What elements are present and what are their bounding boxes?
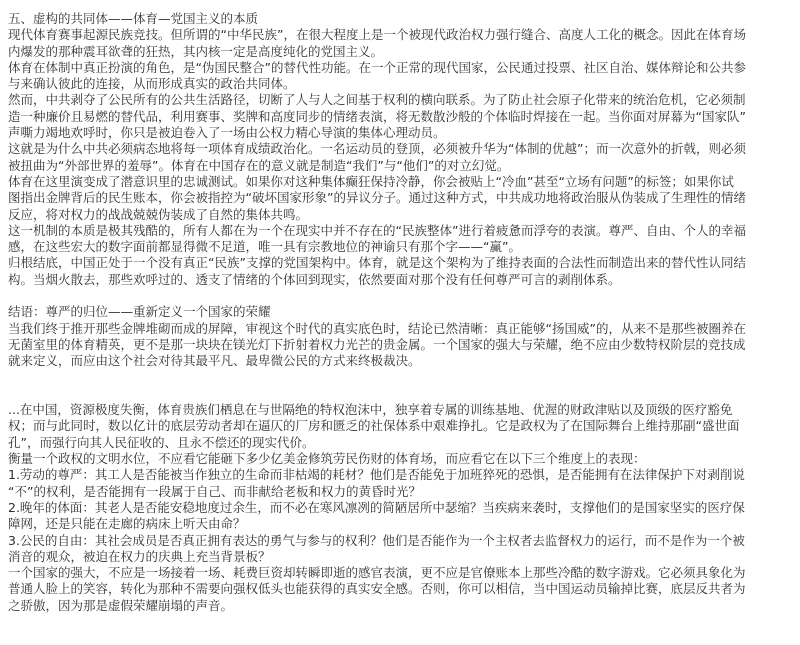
text-line: 构。当烟火散去，那些欢呼过的、透支了情绪的个体回到现实，依然要面对那个没有任何尊…	[8, 272, 792, 288]
text-line: 体育在这里演变成了潜意识里的忠诚测试。如果你对这种集体癫狂保持冷静，你会被贴上“…	[8, 174, 792, 190]
section-heading: 五、虚构的共同体——体育—党国主义的本质	[8, 11, 792, 27]
text-line: 一个国家的强大，不应是一场接着一场、耗费巨资却转瞬即逝的感官表演，更不应是官僚账…	[8, 565, 792, 581]
text-line: 这就是为什么中共必须病态地将每一项体育成绩政治化。一名运动员的登顶，必须被升华为…	[8, 141, 792, 157]
text-line: 衡量一个政权的文明水位，不应看它能砸下多少亿美金修筑劳民伤财的体育场，而应看它在…	[8, 451, 792, 467]
text-line: 感，在这些宏大的数字面前都显得微不足道，唯一具有宗教地位的神谕只有那个字——“赢…	[8, 239, 792, 255]
text-line: 孔”，而强行向其人民征收的、且永不偿还的现实代价。	[8, 435, 792, 451]
text-line: 消音的观众，被迫在权力的庆典上充当背景板？	[8, 549, 792, 565]
text-line: 普通人脸上的笑容，转化为那种不需要向强权低头也能获得的真实安全感。否则，你可以相…	[8, 581, 792, 597]
section-heading: 结语：尊严的归位——重新定义一个国家的荣耀	[8, 304, 792, 320]
text-line: 无菌室里的体育精英，更不是那一块块在镁光灯下折射着权力光芒的贵金属。一个国家的强…	[8, 337, 792, 353]
text-line: 3.公民的自由：其社会成员是否真正拥有表达的勇气与参与的权利？他们是否能作为一个…	[8, 533, 792, 549]
text-line: 现代体育赛事起源民族竞技。但所谓的“中华民族”，在很大程度上是一个被现代政治权力…	[8, 27, 792, 43]
text-line: 之骄傲，因为那是虚假荣耀崩塌的声音。	[8, 598, 792, 614]
document-page: 五、虚构的共同体——体育—党国主义的本质现代体育赛事起源民族竞技。但所谓的“中华…	[0, 0, 800, 645]
text-line: 2.晚年的体面：其老人是否能安稳地度过余生，而不必在寒风凛冽的简陋居所中瑟缩？当…	[8, 500, 792, 516]
text-line: 造一种廉价且易燃的替代品，利用赛事、奖牌和高度同步的情绪表演，将无数散沙般的个体…	[8, 109, 792, 125]
text-line: ...在中国，资源极度失衡，体育贵族们栖息在与世隔绝的特权泡沫中，独享着专属的训…	[8, 402, 792, 418]
text-line: 就来定义，而应由这个社会对待其最平凡、最卑微公民的方式来终极裁决。	[8, 353, 792, 369]
text-line: 声嘶力竭地欢呼时，你只是被迫卷入了一场由公权力精心导演的集体心理动员。	[8, 125, 792, 141]
document-body: 五、虚构的共同体——体育—党国主义的本质现代体育赛事起源民族竞技。但所谓的“中华…	[8, 11, 792, 614]
text-line: 体育在体制中真正扮演的角色，是“伪国民整合”的替代性功能。在一个正常的现代国家，…	[8, 60, 792, 76]
text-line: 1.劳动的尊严：其工人是否能被当作独立的生命而非枯竭的耗材？他们是否能免于加班猝…	[8, 467, 792, 483]
text-line: 被扭曲为“外部世界的羞辱”。体育在中国存在的意义就是制造“我们”与“他们”的对立…	[8, 158, 792, 174]
blank-line	[8, 386, 792, 402]
text-line: 图指出金牌背后的民生账本，你会被指控为“破坏国家形象”的异议分子。通过这种方式，…	[8, 190, 792, 206]
text-line: 当我们终于推开那些金牌堆砌而成的屏障，审视这个时代的真实底色时，结论已然清晰：真…	[8, 321, 792, 337]
text-line: 这一机制的本质是极其残酷的，所有人都在为一个在现实中并不存在的“民族整体”进行着…	[8, 223, 792, 239]
text-line: 与来确认彼此的连接，从而形成真实的政治共同体。	[8, 76, 792, 92]
text-line: 内爆发的那种震耳欲聋的狂热，其内核一定是高度纯化的党国主义。	[8, 44, 792, 60]
blank-line	[8, 288, 792, 304]
text-line: “不”的权利，是否能拥有一段属于自己、而非献给老板和权力的黄昏时光？	[8, 484, 792, 500]
text-line: 然而，中共剥夺了公民所有的公共生活路径，切断了人与人之间基于权利的横向联系。为了…	[8, 92, 792, 108]
text-line: 归根结底，中国正处于一个没有真正“民族”支撑的党国架构中。体育，就是这个架构为了…	[8, 255, 792, 271]
text-line: 反应，将对权力的战战兢兢伪装成了自然的集体共鸣。	[8, 207, 792, 223]
text-line: 权；而与此同时，数以亿计的底层劳动者却在逼仄的厂房和匮乏的社保体系中艰难挣扎。它…	[8, 418, 792, 434]
text-line: 障网，还是只能在走廊的病床上听天由命？	[8, 516, 792, 532]
blank-line	[8, 370, 792, 386]
